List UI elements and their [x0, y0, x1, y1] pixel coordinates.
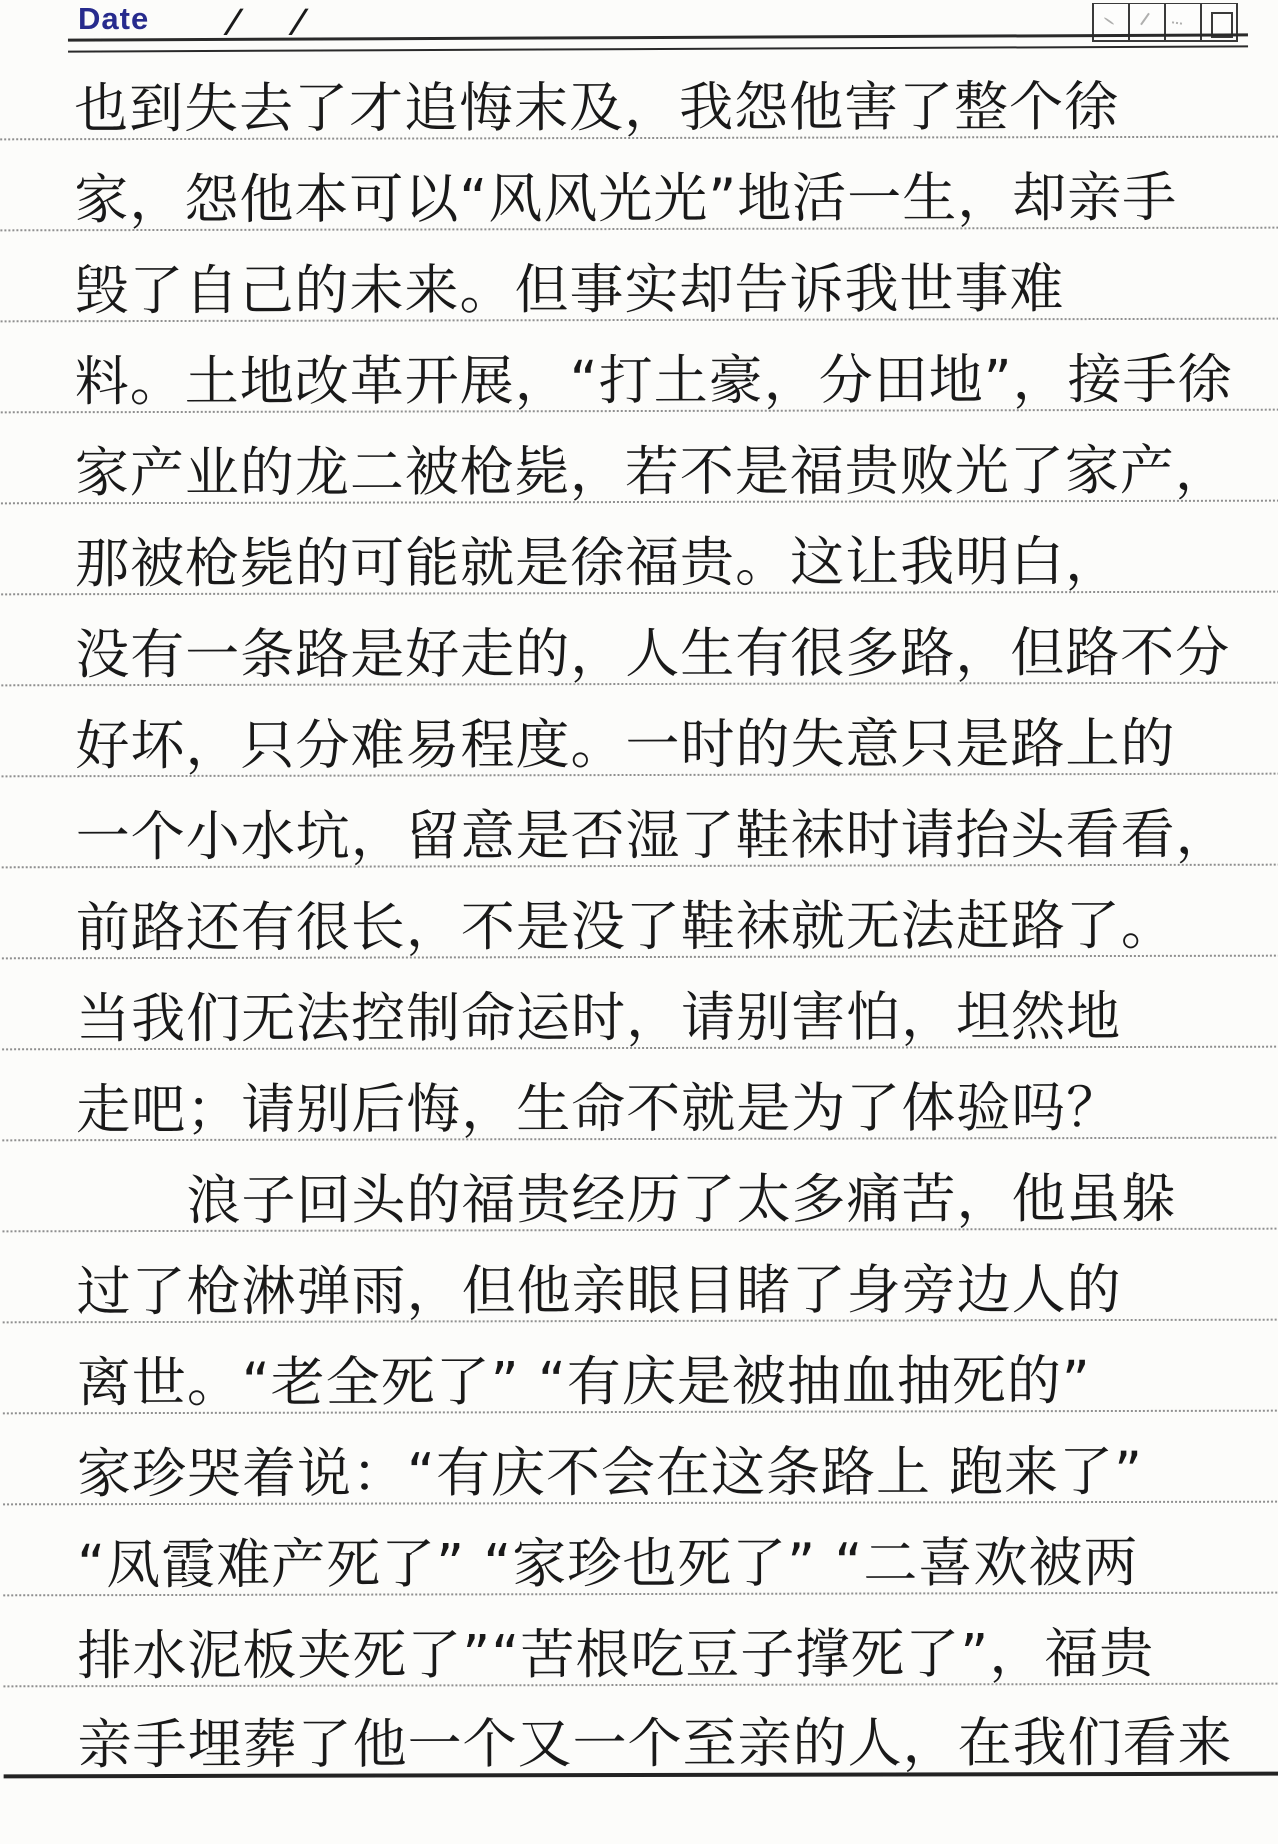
handwriting-area: 也到失去了才追悔末及，我怨他害了整个徐 家，怨他本可以“风风光光”地活一生，却亲… [0, 47, 1278, 1779]
handwritten-text: 前路还有很长，不是没了鞋袜就无法赶路了。 [76, 897, 1176, 958]
handwriting-line: 当我们无法控制命运时，请别害怕，坦然地 [2, 957, 1278, 1051]
handwriting-line: 那被枪毙的可能就是徐福贵。这让我明白， [1, 502, 1278, 596]
handwriting-line: 家珍哭着说：“有庆不会在这条路上 跑来了” [3, 1412, 1278, 1506]
scribble-mark-icon [1140, 13, 1150, 26]
handwriting-line: 毁了自己的未来。但事实却告诉我世事难 [0, 229, 1278, 323]
date-label: Date [78, 1, 149, 37]
notebook-page: Date / / 也到失去了才追悔末及，我怨他害了整个徐 家，怨他本可以“风风光… [0, 0, 1278, 1844]
handwriting-line: 亲手埋葬了他一个又一个至亲的人，在我们看来 [3, 1685, 1278, 1779]
handwritten-text: 毁了自己的未来。但事实却告诉我世事难 [74, 260, 1064, 320]
handwritten-text: 家珍哭着说：“有庆不会在这条路上 跑来了” [77, 1443, 1143, 1503]
handwriting-line: 也到失去了才追悔末及，我怨他害了整个徐 [0, 47, 1278, 141]
date-slash-2: / [287, 2, 311, 40]
handwriting-line: 过了枪淋弹雨，但他亲眼目睹了身旁边人的 [2, 1230, 1278, 1324]
date-slash-1: / [222, 2, 246, 40]
handwritten-text: 料。土地改革开展，“打土豪，分田地”，接手徐 [75, 351, 1233, 412]
scribble-mark-icon [1172, 21, 1182, 24]
handwriting-line: 没有一条路是好走的，人生有很多路，但路不分 [1, 593, 1278, 687]
handwritten-text: 过了枪淋弹雨，但他亲眼目睹了身旁边人的 [77, 1261, 1122, 1321]
handwritten-text: 好坏，只分难易程度。一时的失意只是路上的 [75, 715, 1175, 776]
handwritten-text: 亲手埋葬了他一个又一个至亲的人，在我们看来 [77, 1714, 1232, 1775]
handwriting-line: “凤霞难产死了” “家珍也死了” “二喜欢被两 [3, 1503, 1278, 1597]
handwritten-text: 家产业的龙二被枪毙，若不是福贵败光了家产， [75, 442, 1230, 503]
page-header: Date / / [0, 0, 1278, 48]
handwriting-line: 浪子回头的福贵经历了太多痛苦，他虽躲 [2, 1139, 1278, 1233]
handwriting-line: 离世。“老全死了” “有庆是被抽血抽死的” [3, 1321, 1278, 1415]
handwritten-text: 排水泥板夹死了”“苦根吃豆子撑死了”，福贵 [77, 1625, 1154, 1685]
handwriting-line: 家产业的龙二被枪毙，若不是福贵败光了家产， [1, 411, 1278, 505]
handwriting-line: 料。土地改革开展，“打土豪，分田地”，接手徐 [1, 320, 1278, 414]
handwritten-text: 家，怨他本可以“风风光光”地活一生，却亲手 [74, 169, 1177, 230]
handwriting-line: 前路还有很长，不是没了鞋袜就无法赶路了。 [2, 866, 1278, 960]
handwritten-text: 那被枪毙的可能就是徐福贵。这让我明白， [75, 533, 1120, 593]
handwriting-line: 家，怨他本可以“风风光光”地活一生，却亲手 [0, 138, 1278, 232]
handwritten-text: 离世。“老全死了” “有庆是被抽血抽死的” [77, 1352, 1091, 1412]
handwritten-text: 没有一条路是好走的，人生有很多路，但路不分 [75, 624, 1230, 685]
handwritten-text: 当我们无法控制命运时，请别害怕，坦然地 [76, 988, 1121, 1048]
scribble-mark-icon [1104, 17, 1115, 26]
handwriting-line: 走吧；请别后悔，生命不就是为了体验吗？ [2, 1048, 1278, 1142]
handwriting-line: 一个小水坑，留意是否湿了鞋袜时请抬头看看， [2, 775, 1278, 869]
handwritten-text: 一个小水坑，留意是否湿了鞋袜时请抬头看看， [76, 806, 1231, 867]
handwriting-line: 排水泥板夹死了”“苦根吃豆子撑死了”，福贵 [3, 1594, 1278, 1688]
handwritten-text: 也到失去了才追悔末及，我怨他害了整个徐 [74, 78, 1119, 138]
handwriting-line: 好坏，只分难易程度。一时的失意只是路上的 [1, 684, 1278, 778]
handwritten-text: 浪子回头的福贵经历了太多痛苦，他虽躲 [76, 1170, 1176, 1231]
handwritten-text: 走吧；请别后悔，生命不就是为了体验吗？ [76, 1079, 1121, 1139]
handwritten-text: “凤霞难产死了” “家珍也死了” “二喜欢被两 [77, 1534, 1138, 1594]
